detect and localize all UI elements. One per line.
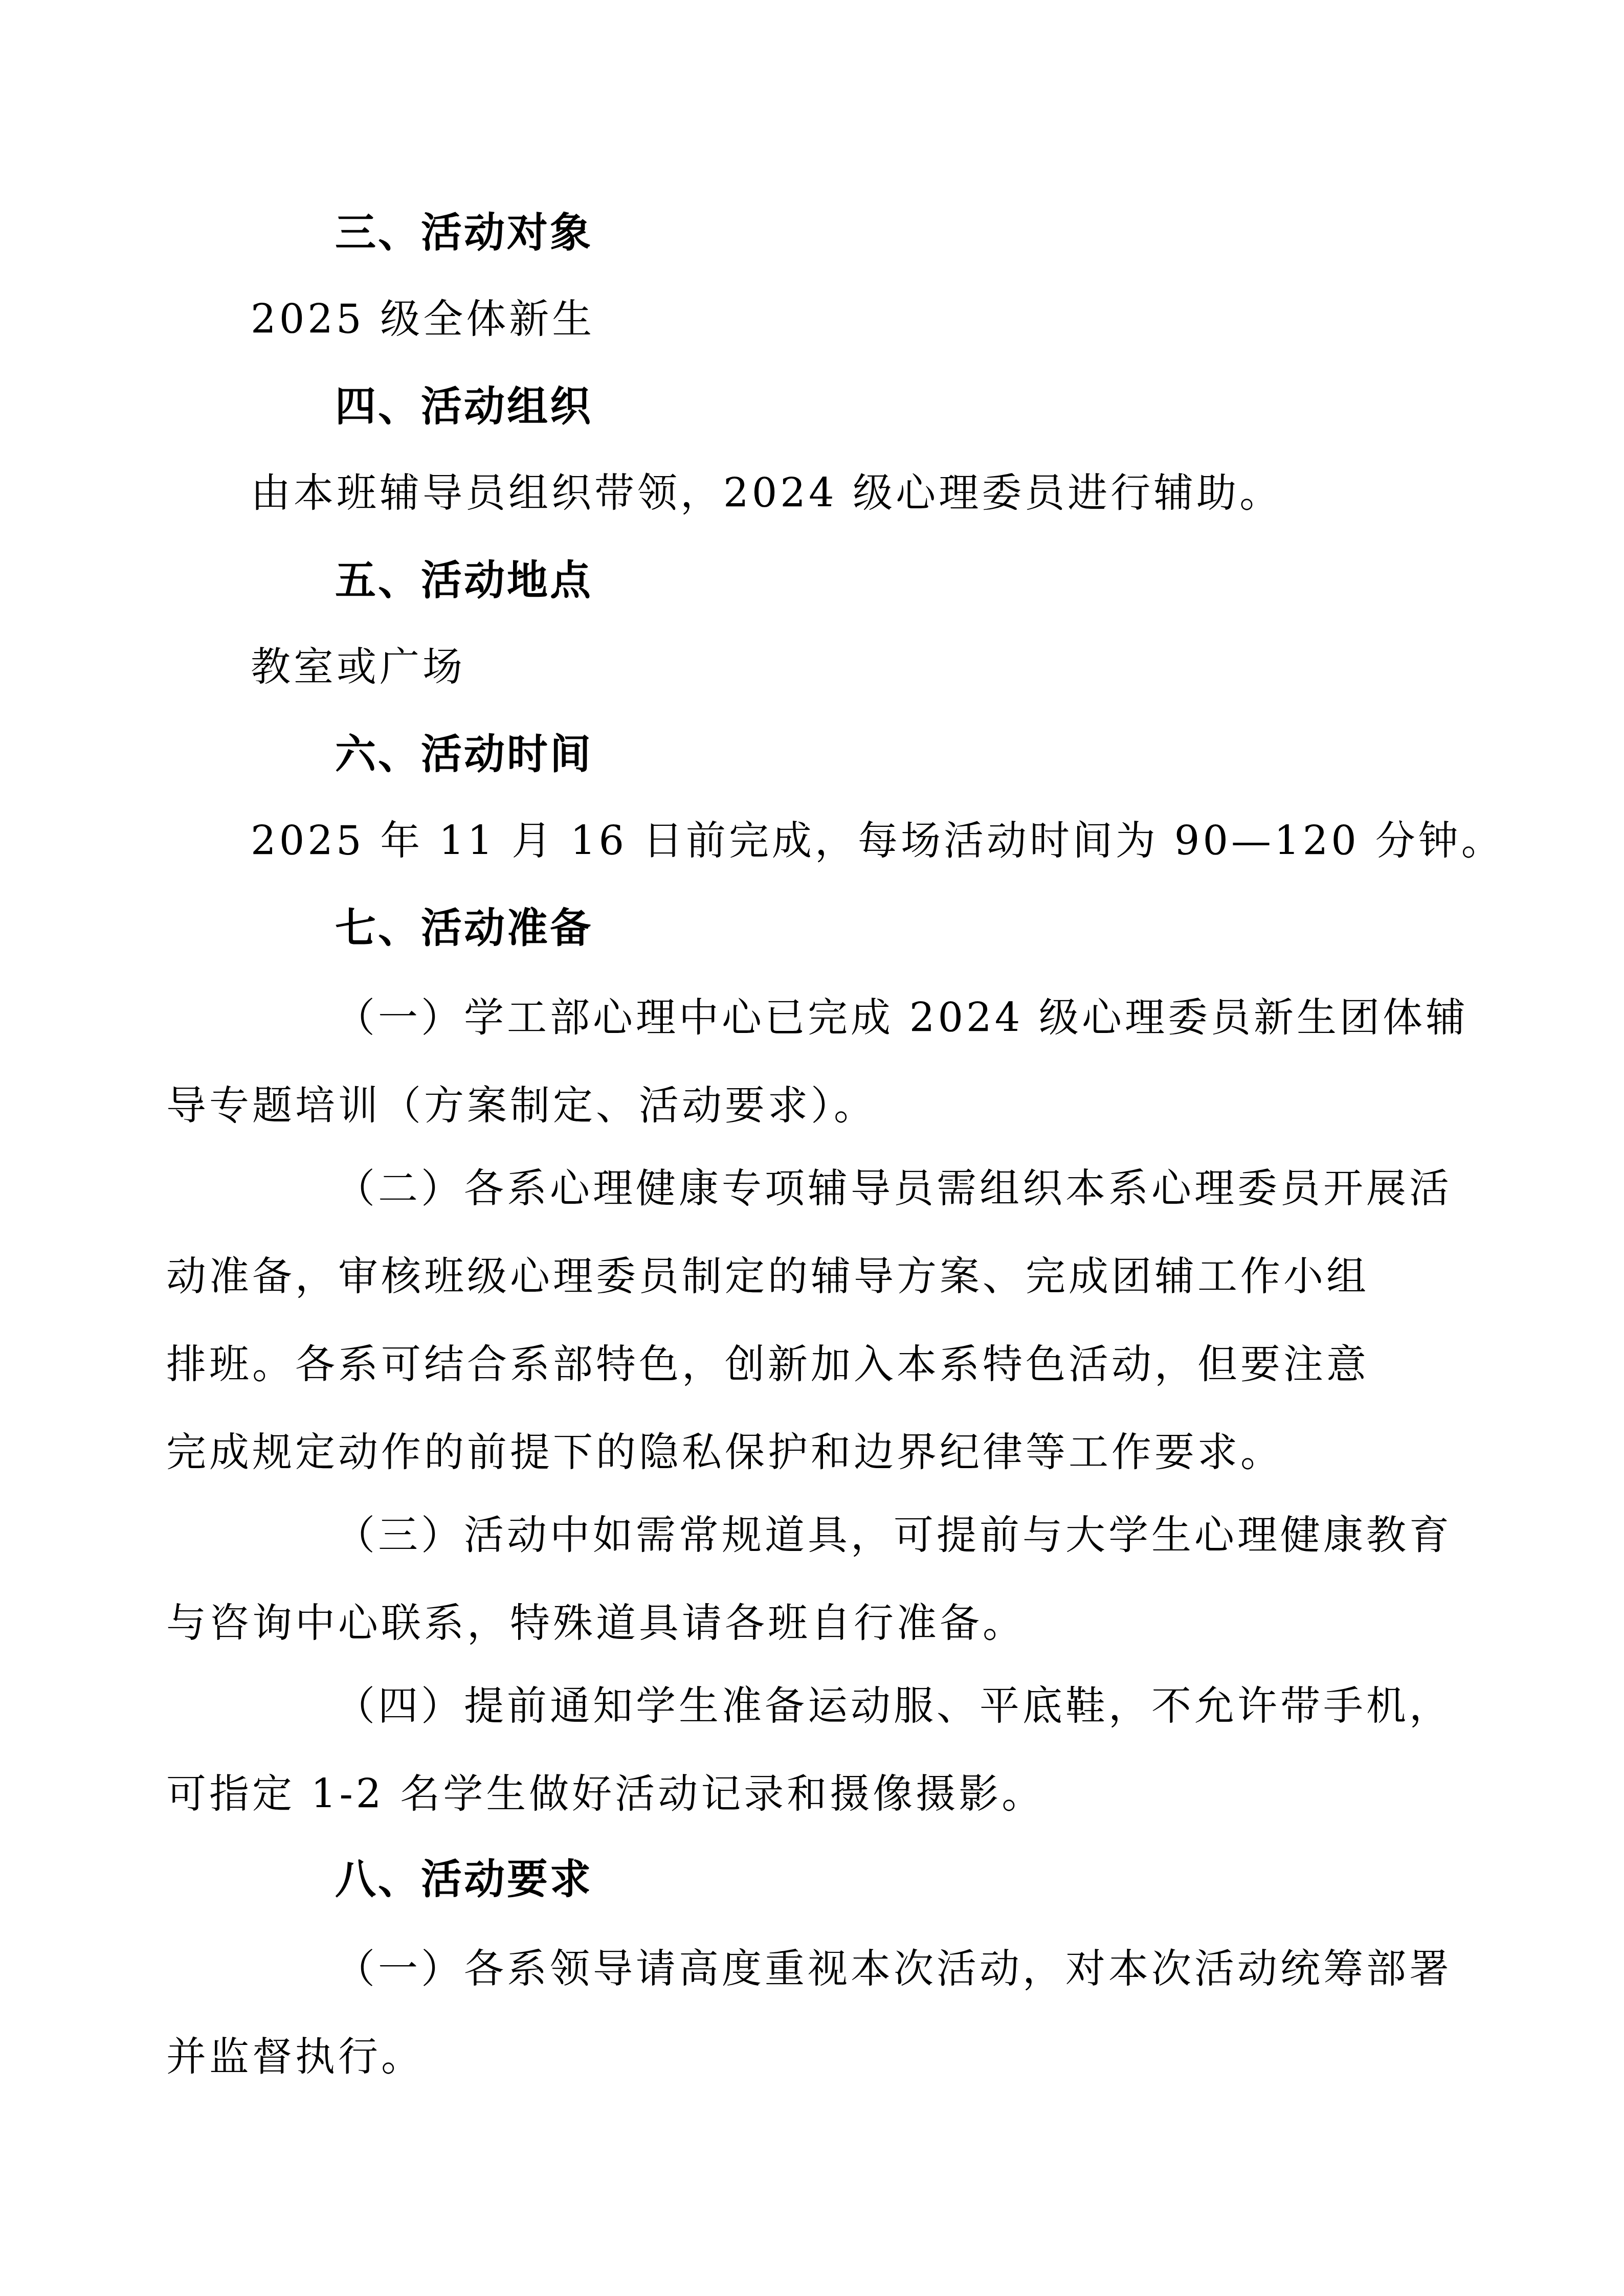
section-text-time: 2025 年 11 月 16 日前完成，每场活动时间为 90—120 分钟。 bbox=[251, 816, 1384, 867]
section-text-organization: 由本班辅导员组织带领，2024 级心理委员进行辅助。 bbox=[251, 468, 1384, 519]
text-line: 可指定 1-2 名学生做好活动记录和摄像摄影。 bbox=[251, 1750, 1384, 1838]
section-heading-organization: 四、活动组织 bbox=[251, 381, 1384, 432]
document-body: 三、活动对象 2025 级全体新生 四、活动组织 由本班辅导员组织带领，2024… bbox=[251, 207, 1384, 2111]
section-heading-preparation: 七、活动准备 bbox=[251, 903, 1384, 954]
text-line: 由本班辅导员组织带领，2024 级心理委员进行辅助。 bbox=[251, 468, 1384, 519]
section-text-target: 2025 级全体新生 bbox=[251, 294, 1384, 345]
section-text-location: 教室或广场 bbox=[251, 642, 1384, 693]
text-line: （一）学工部心理中心已完成 2024 级心理委员新生团体辅 bbox=[251, 974, 1384, 1062]
text-line: 教室或广场 bbox=[251, 642, 1384, 693]
requirement-item-1: （一）各系领导请高度重视本次活动，对本次活动统筹部署 并监督执行。 bbox=[251, 1925, 1384, 2101]
text-line: （二）各系心理健康专项辅导员需组织本系心理委员开展活 bbox=[251, 1145, 1384, 1233]
text-line: 2025 级全体新生 bbox=[251, 294, 1384, 345]
preparation-item-4: （四）提前通知学生准备运动服、平底鞋，不允许带手机， 可指定 1-2 名学生做好… bbox=[251, 1662, 1384, 1838]
text-line: （三）活动中如需常规道具，可提前与大学生心理健康教育 bbox=[251, 1492, 1384, 1580]
text-line: 导专题培训（方案制定、活动要求）。 bbox=[251, 1062, 1384, 1150]
text-line: 2025 年 11 月 16 日前完成，每场活动时间为 90—120 分钟。 bbox=[251, 816, 1384, 867]
text-line: 动准备，审核班级心理委员制定的辅导方案、完成团辅工作小组 bbox=[251, 1233, 1384, 1321]
text-line: 排班。各系可结合系部特色，创新加入本系特色活动，但要注意 bbox=[251, 1321, 1384, 1409]
text-line: 并监督执行。 bbox=[251, 2013, 1384, 2101]
section-heading-requirements: 八、活动要求 bbox=[251, 1854, 1384, 1905]
section-heading-location: 五、活动地点 bbox=[251, 555, 1384, 606]
text-line: （一）各系领导请高度重视本次活动，对本次活动统筹部署 bbox=[251, 1925, 1384, 2013]
text-line: （四）提前通知学生准备运动服、平底鞋，不允许带手机， bbox=[251, 1662, 1384, 1750]
document-page: 三、活动对象 2025 级全体新生 四、活动组织 由本班辅导员组织带领，2024… bbox=[0, 0, 1624, 2296]
preparation-item-3: （三）活动中如需常规道具，可提前与大学生心理健康教育 与咨询中心联系，特殊道具请… bbox=[251, 1492, 1384, 1668]
text-line: 完成规定动作的前提下的隐私保护和边界纪律等工作要求。 bbox=[251, 1409, 1384, 1497]
section-heading-target: 三、活动对象 bbox=[251, 207, 1384, 258]
preparation-item-1: （一）学工部心理中心已完成 2024 级心理委员新生团体辅 导专题培训（方案制定… bbox=[251, 974, 1384, 1150]
section-heading-time: 六、活动时间 bbox=[251, 729, 1384, 780]
text-line: 与咨询中心联系，特殊道具请各班自行准备。 bbox=[251, 1580, 1384, 1668]
preparation-item-2: （二）各系心理健康专项辅导员需组织本系心理委员开展活 动准备，审核班级心理委员制… bbox=[251, 1145, 1384, 1497]
